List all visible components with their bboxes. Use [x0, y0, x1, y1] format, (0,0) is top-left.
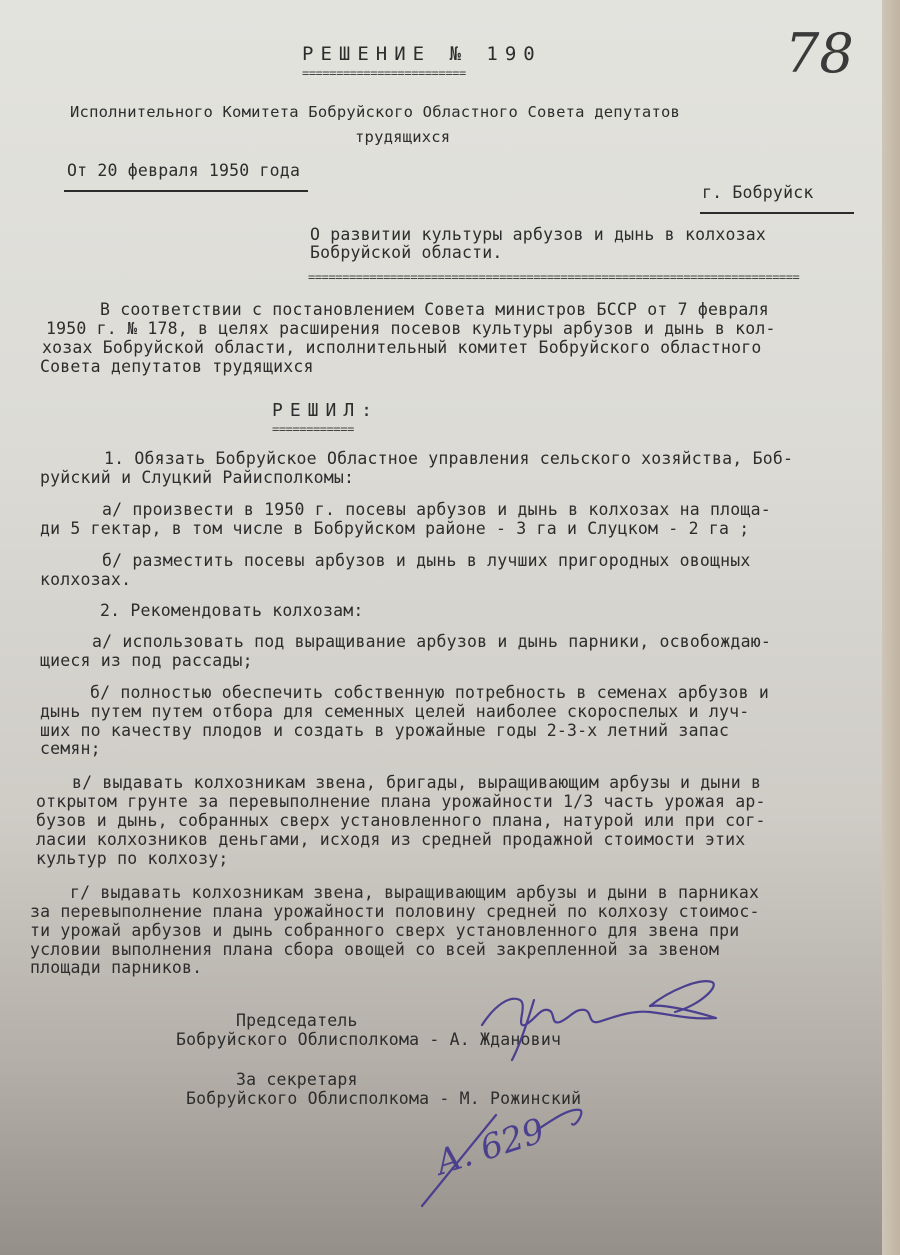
archive-note-ink-icon: А. 629 [0, 0, 900, 1255]
